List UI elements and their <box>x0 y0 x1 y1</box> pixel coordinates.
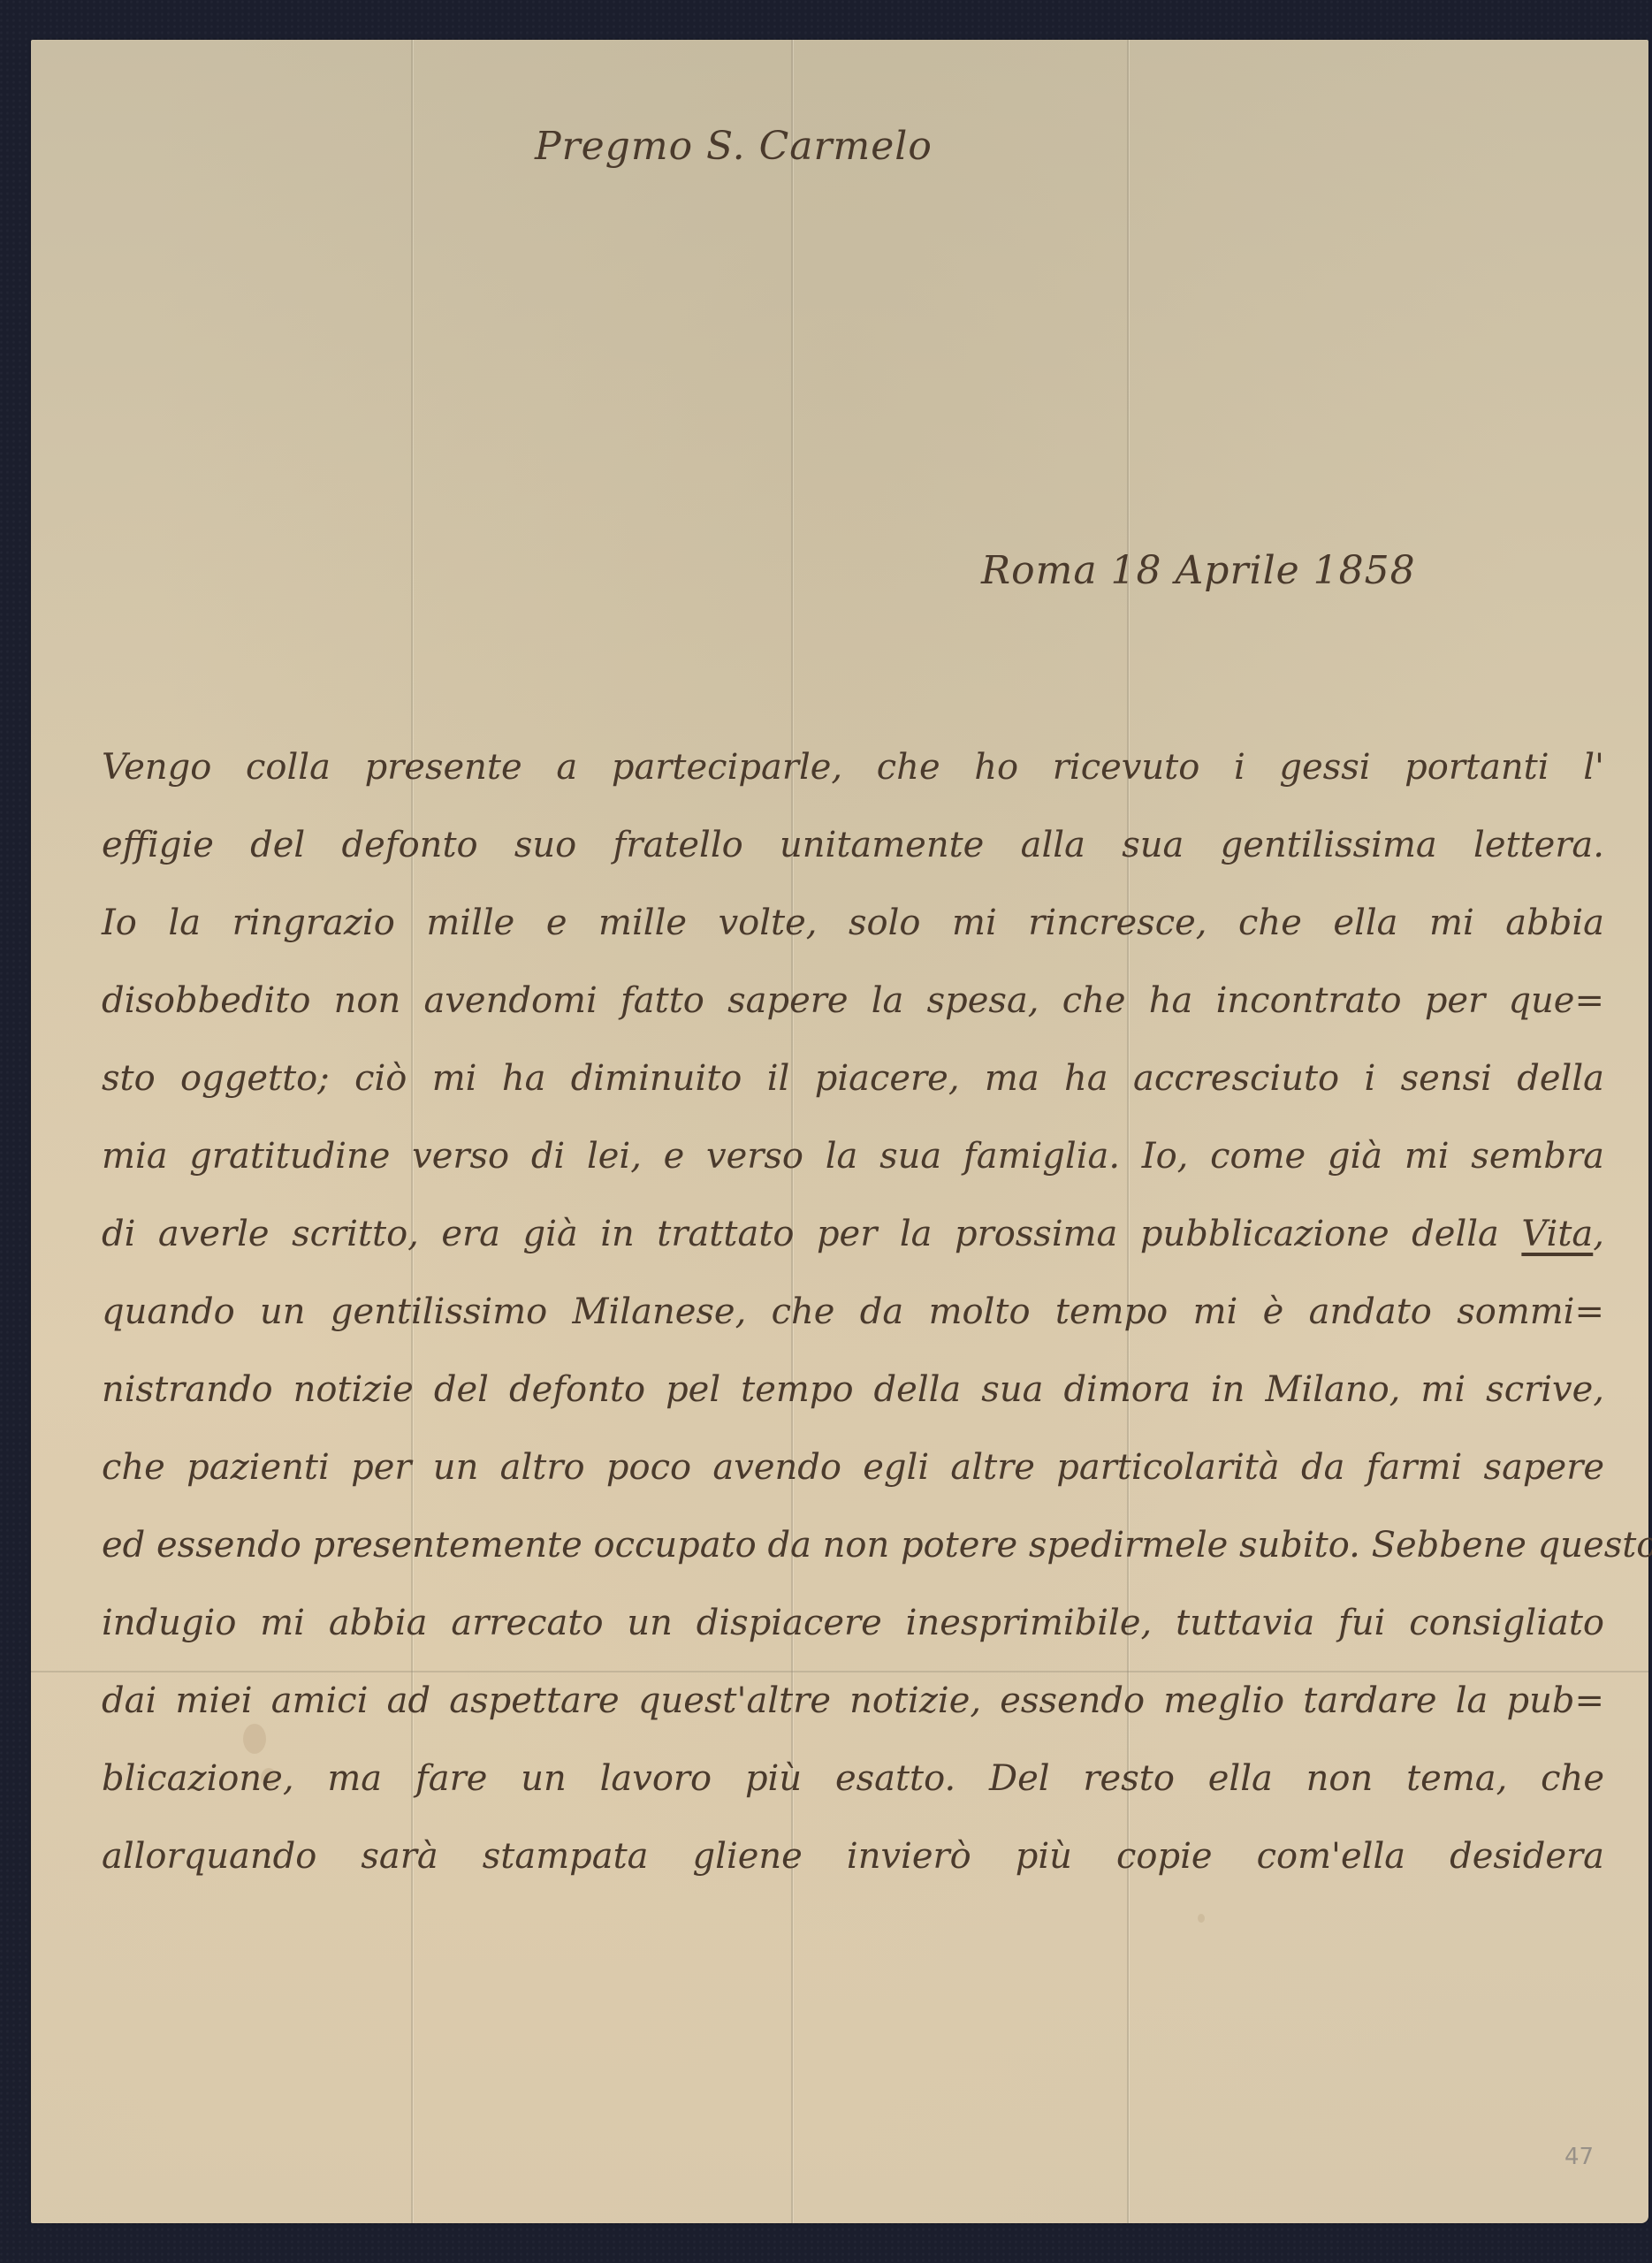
letter-line: sto oggetto; ciò mi ha diminuito il piac… <box>102 1058 1604 1099</box>
letter-line: Io la ringrazio mille e mille volte, sol… <box>102 903 1604 943</box>
paper-stain <box>243 1724 266 1754</box>
fold-line-vertical-right <box>1127 40 1129 2223</box>
fold-line-horizontal <box>31 1671 1648 1672</box>
letter-line: dai miei amici ad aspettare quest'altre … <box>102 1680 1604 1721</box>
underlined-word: Vita <box>1521 1214 1593 1254</box>
letter-line: mia gratitudine verso di lei, e verso la… <box>102 1136 1604 1177</box>
letter-line: che pazienti per un altro poco avendo eg… <box>102 1447 1604 1488</box>
letter-line: ed essendo presentemente occupato da non… <box>102 1525 1604 1566</box>
letter-line: indugio mi abbia arrecato un dispiacere … <box>102 1603 1604 1643</box>
letter-line: effigie del defonto suo fratello unitame… <box>102 825 1604 865</box>
dateline: Roma 18 Aprile 1858 <box>981 548 1416 593</box>
letter-sheet: Pregmo S. Carmelo Roma 18 Aprile 1858 Ve… <box>31 40 1648 2223</box>
fold-line-vertical-left <box>411 40 413 2223</box>
letter-line: Vengo colla presente a parteciparle, che… <box>102 747 1604 788</box>
letter-line: allorquando sarà stampata gliene invierò… <box>102 1836 1604 1877</box>
letter-line: disobbedito non avendomi fatto sapere la… <box>102 980 1604 1021</box>
fold-line-vertical-center <box>791 40 793 2223</box>
letter-line: nistrando notizie del defonto pel tempo … <box>102 1369 1604 1410</box>
pencil-folio-mark: 47 <box>1564 2144 1600 2170</box>
salutation: Pregmo S. Carmelo <box>535 124 933 169</box>
letter-line: di averle scritto, era già in trattato p… <box>102 1214 1604 1254</box>
letter-line: quando un gentilissimo Milanese, che da … <box>102 1292 1604 1332</box>
paper-stain <box>1198 1914 1205 1923</box>
letter-line: blicazione, ma fare un lavoro più esatto… <box>102 1758 1604 1799</box>
